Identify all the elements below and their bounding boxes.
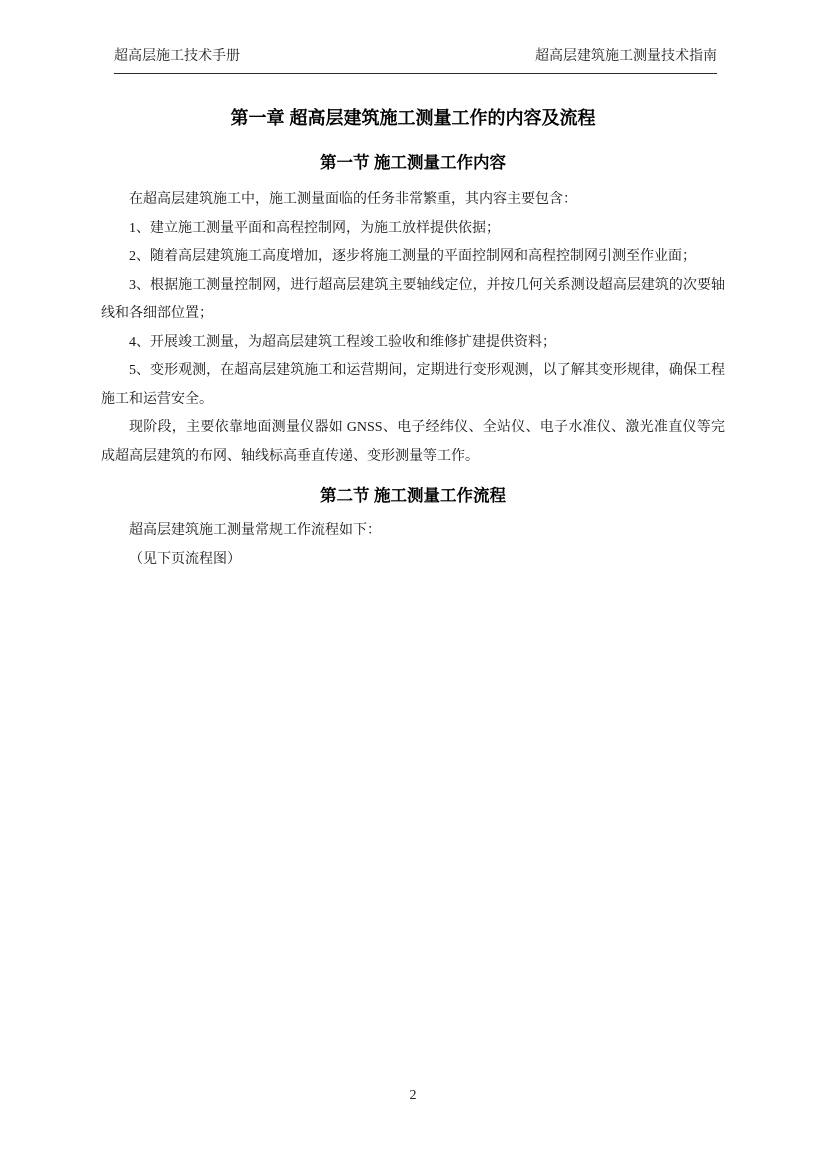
section-2-title: 第二节 施工测量工作流程 (101, 485, 725, 507)
paragraph: （见下页流程图） (101, 546, 725, 575)
document-content: 超高层施工技术手册 超高层建筑施工测量技术指南 第一章 超高层建筑施工测量工作的… (101, 48, 725, 574)
document-page: 超高层施工技术手册 超高层建筑施工测量技术指南 第一章 超高层建筑施工测量工作的… (0, 0, 826, 1169)
paragraph: 1、建立施工测量平面和高程控制网，为施工放样提供依据； (101, 215, 725, 244)
paragraph: 在超高层建筑施工中，施工测量面临的任务非常繁重，其内容主要包含： (101, 186, 725, 215)
paragraph: 2、随着高层建筑施工高度增加，逐步将施工测量的平面控制网和高程控制网引测至作业面… (101, 243, 725, 272)
chapter-title: 第一章 超高层建筑施工测量工作的内容及流程 (101, 106, 725, 130)
paragraph: 4、开展竣工测量，为超高层建筑工程竣工验收和维修扩建提供资料； (101, 329, 725, 358)
page-number: 2 (410, 1088, 417, 1103)
paragraph: 5、变形观测，在超高层建筑施工和运营期间，定期进行变形观测，以了解其变形规律，确… (101, 357, 725, 414)
section-1-title: 第一节 施工测量工作内容 (101, 152, 725, 174)
section-2-body: 超高层建筑施工测量常规工作流程如下： （见下页流程图） (101, 517, 725, 574)
header-right-text: 超高层建筑施工测量技术指南 (535, 48, 717, 66)
page-header: 超高层施工技术手册 超高层建筑施工测量技术指南 (114, 48, 717, 74)
header-left-text: 超高层施工技术手册 (114, 48, 240, 66)
paragraph: 3、根据施工测量控制网，进行超高层建筑主要轴线定位，并按几何关系测设超高层建筑的… (101, 272, 725, 329)
section-1-body: 在超高层建筑施工中，施工测量面临的任务非常繁重，其内容主要包含： 1、建立施工测… (101, 186, 725, 471)
page-footer: 2 (0, 1088, 826, 1104)
paragraph: 现阶段，主要依靠地面测量仪器如 GNSS、电子经纬仪、全站仪、电子水准仪、激光准… (101, 414, 725, 471)
paragraph: 超高层建筑施工测量常规工作流程如下： (101, 517, 725, 546)
